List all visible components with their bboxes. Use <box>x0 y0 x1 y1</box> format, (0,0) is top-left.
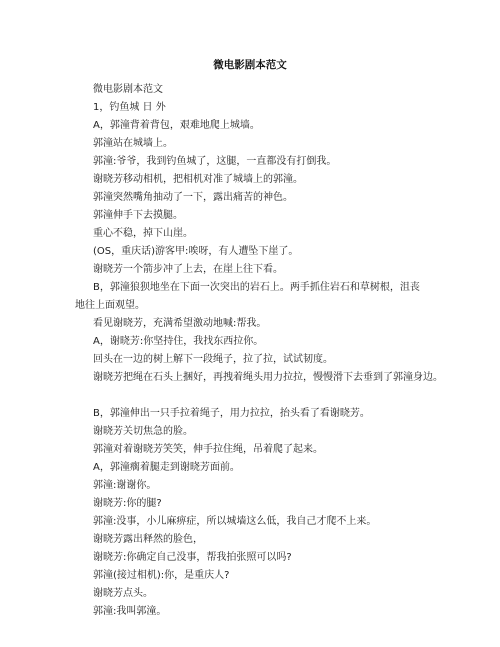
paragraph-line: B，郭潼伸出一只手拉着绳子，用力拉拉，抬头看了看谢晓芳。 <box>75 405 420 423</box>
scene-heading: 1，钓鱼城 日 外 <box>75 99 420 117</box>
paragraph-line: 回头在一边的树上解下一段绳子，拉了拉，试试韧度。 <box>75 351 420 369</box>
paragraph-line: B，郭潼狼狈地坐在下面一次突出的岩石上。两手抓住岩石和草树根，沮丧地往上面观望。 <box>75 279 420 315</box>
blank-line <box>75 387 420 405</box>
paragraph-line: 谢晓芳把绳在石头上捆好，再拽着绳头用力拉拉，慢慢滑下去垂到了郭潼身边。 <box>75 369 420 387</box>
dialogue-line: 郭潼:爷爷，我到钓鱼城了，这腿，一直都没有打倒我。 <box>75 153 420 171</box>
dialogue-line: 郭潼(接过相机):你，是重庆人? <box>75 567 420 585</box>
paragraph-line: 谢晓芳点头。 <box>75 585 420 603</box>
paragraph-line: 郭潼对着谢晓芳笑笑，伸手拉住绳，吊着爬了起来。 <box>75 441 420 459</box>
dialogue-line: 谢晓芳:你的腿? <box>75 495 420 513</box>
dialogue-line: 看见谢晓芳，充满希望激动地喊:帮我。 <box>75 315 420 333</box>
dialogue-line: A，谢晓芳:你坚持住，我找东西拉你。 <box>75 333 420 351</box>
document-body: 微电影剧本范文 1，钓鱼城 日 外 A，郭潼背着背包，艰难地爬上城墙。 郭潼站在… <box>75 81 420 621</box>
document-title: 微电影剧本范文 <box>0 57 500 72</box>
paragraph-line: 郭潼站在城墙上。 <box>75 135 420 153</box>
dialogue-line: 郭潼:谢谢你。 <box>75 477 420 495</box>
paragraph-line: A，郭潼背着背包，艰难地爬上城墙。 <box>75 117 420 135</box>
paragraph-line: 谢晓芳一个箭步冲了上去，在崖上往下看。 <box>75 261 420 279</box>
dialogue-line: 谢晓芳:你确定自己没事，帮我拍张照可以吗? <box>75 549 420 567</box>
document-page: 微电影剧本范文 微电影剧本范文 1，钓鱼城 日 外 A，郭潼背着背包，艰难地爬上… <box>0 0 500 647</box>
dialogue-line: 郭潼:没事，小儿麻痹症，所以城墙这么低，我自己才爬不上来。 <box>75 513 420 531</box>
paragraph-line: 重心不稳，掉下山崖。 <box>75 225 420 243</box>
paragraph-line: 谢晓芳移动相机，把相机对准了城墙上的郭潼。 <box>75 171 420 189</box>
paragraph-line: 郭潼伸手下去摸腿。 <box>75 207 420 225</box>
paragraph-line: A，郭潼瘸着腿走到谢晓芳面前。 <box>75 459 420 477</box>
paragraph-line: 谢晓芳关切焦急的脸。 <box>75 423 420 441</box>
paragraph-line: 谢晓芳露出释然的脸色， <box>75 531 420 549</box>
paragraph-line: 微电影剧本范文 <box>75 81 420 99</box>
dialogue-line: (OS，重庆话)游客甲:唉呀，有人遭坠下崖了。 <box>75 243 420 261</box>
dialogue-line: 郭潼:我叫郭潼。 <box>75 603 420 621</box>
paragraph-line: 郭潼突然嘴角抽动了一下，露出痛苦的神色。 <box>75 189 420 207</box>
